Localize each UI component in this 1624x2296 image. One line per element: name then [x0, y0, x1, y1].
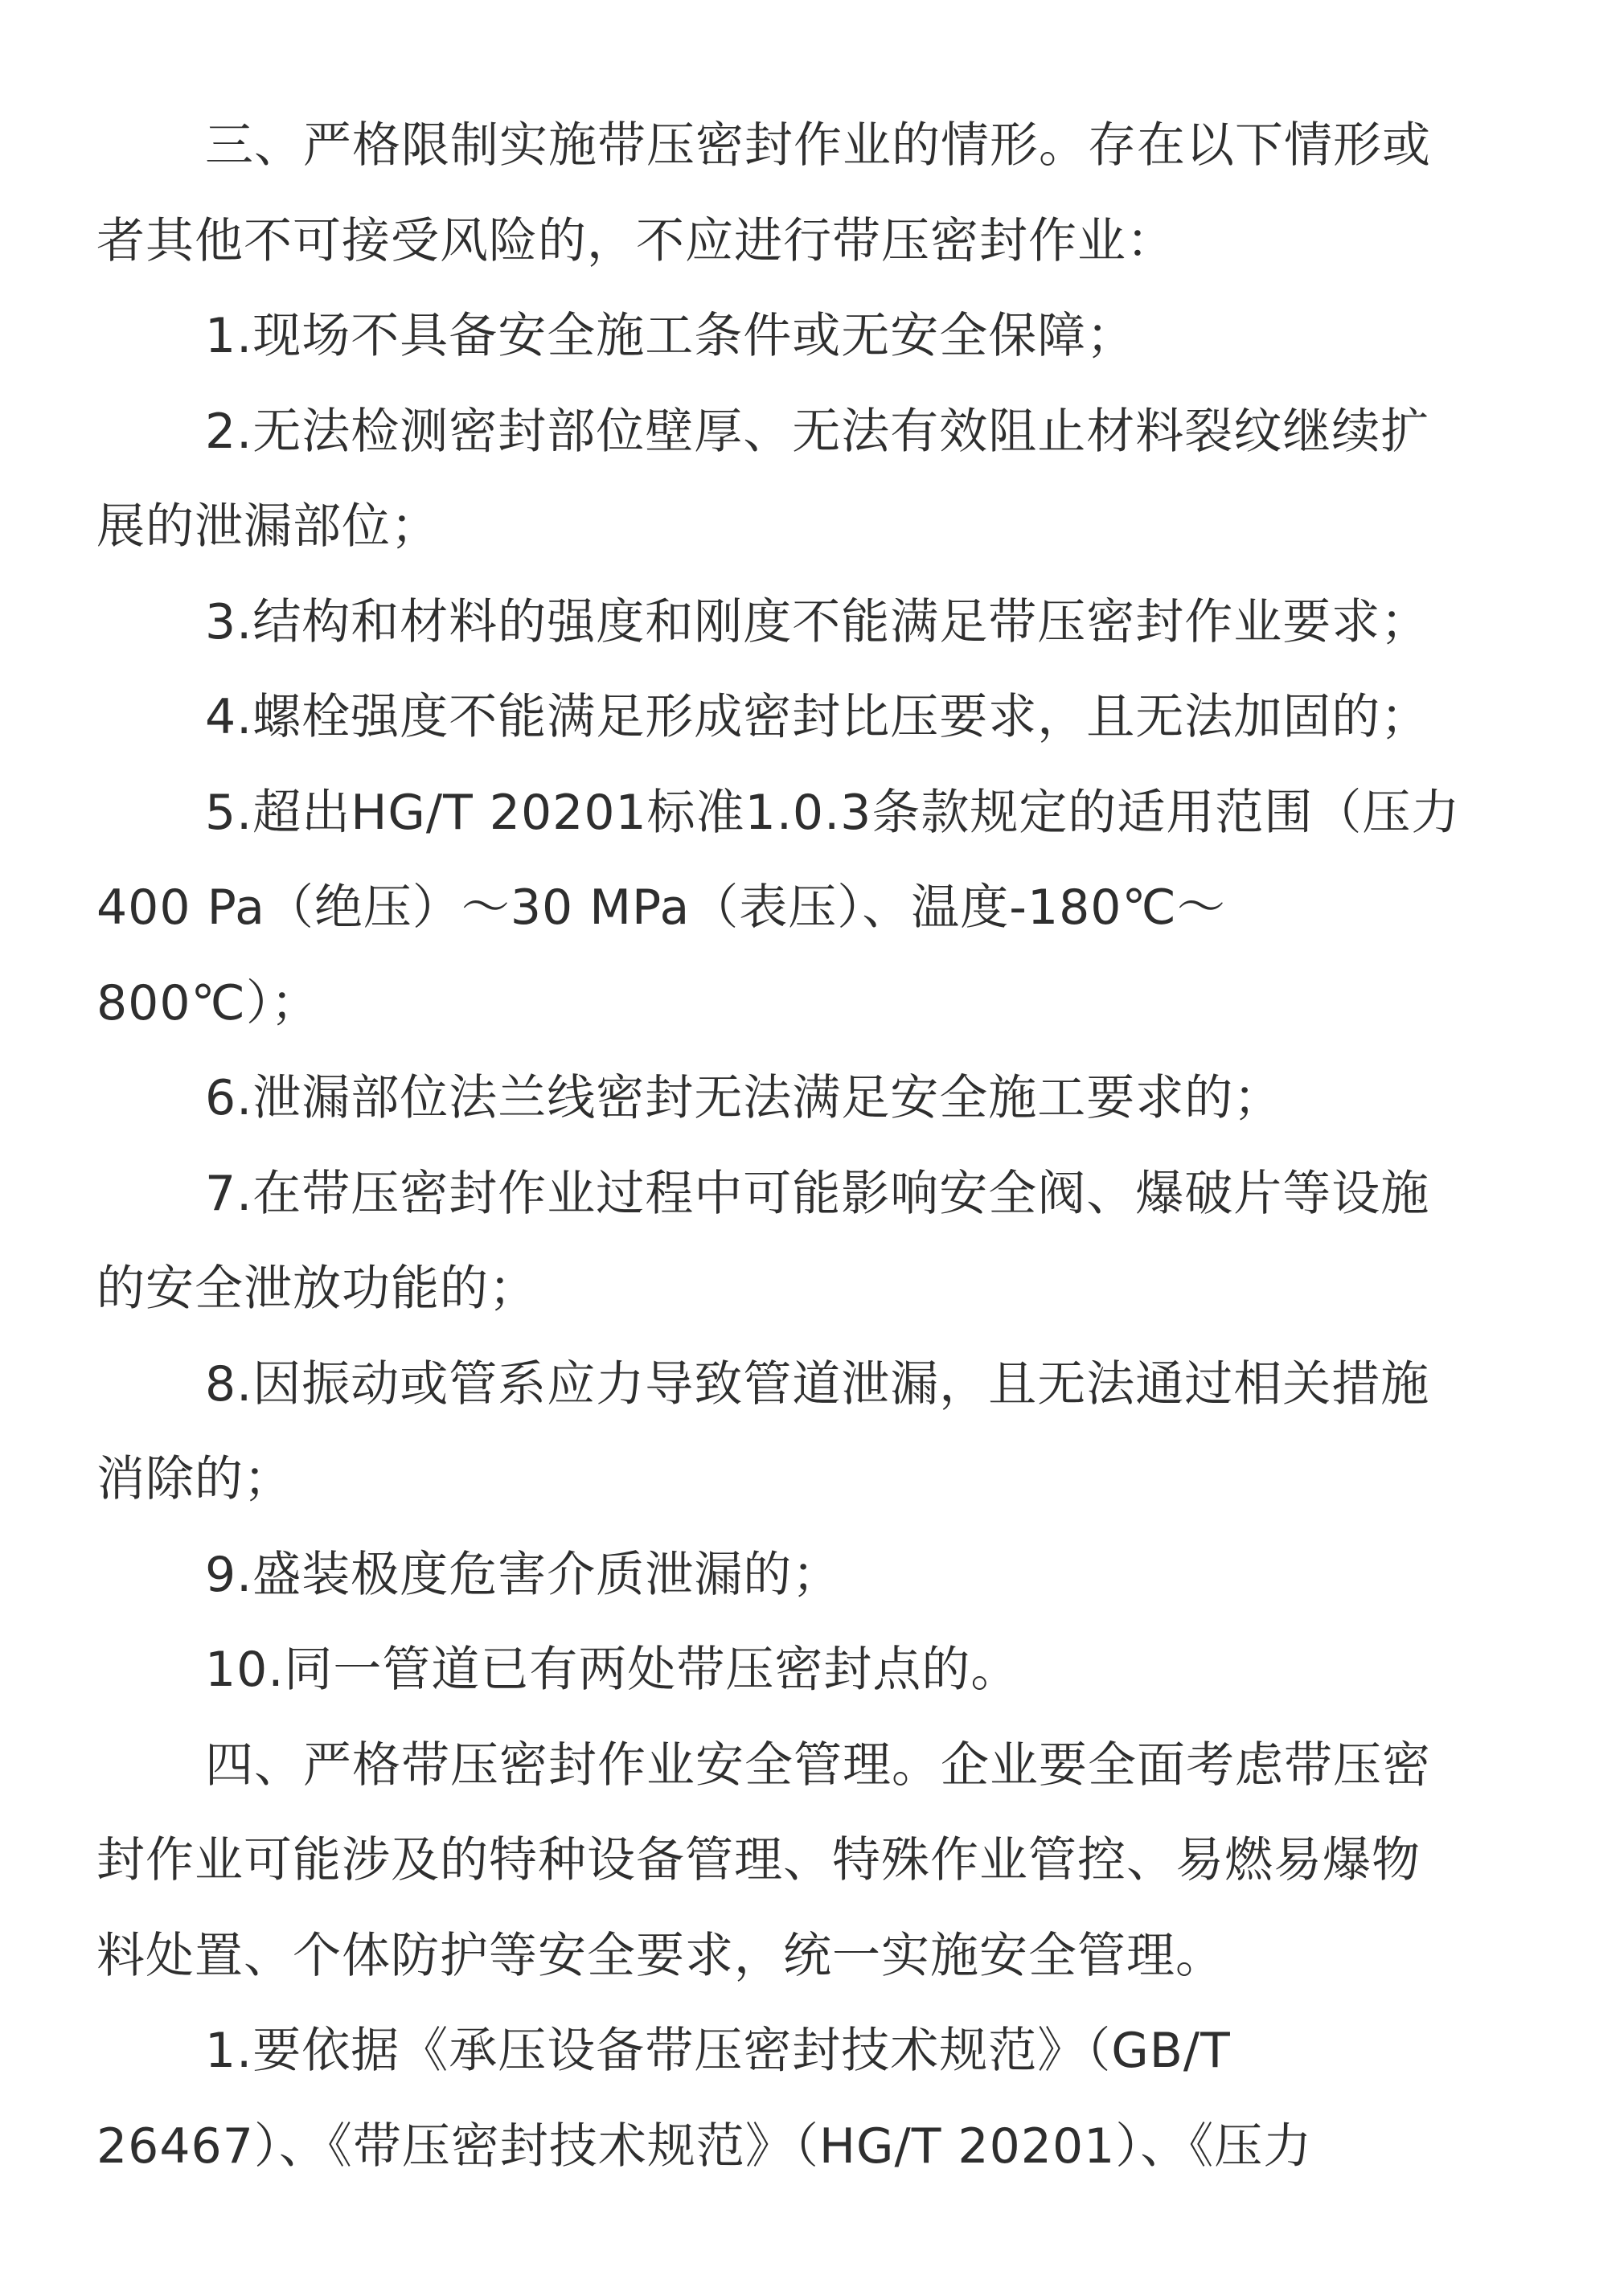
- text-line: 8.因振动或管系应力导致管道泄漏，且无法通过相关措施: [96, 1337, 1536, 1433]
- text-line: 800℃）；: [96, 956, 1536, 1052]
- text-line: 4.螺栓强度不能满足形成密封比压要求，且无法加固的；: [96, 670, 1536, 765]
- text-line: 1.现场不具备安全施工条件或无安全保障；: [96, 289, 1536, 384]
- text-line: 1.要依据《承压设备带压密封技术规范》（GB/T: [96, 2003, 1536, 2099]
- text-line: 400 Pa（绝压）～30 MPa（表压）、温度-180℃～: [96, 860, 1536, 956]
- text-line: 者其他不可接受风险的，不应进行带压密封作业：: [96, 194, 1536, 289]
- text-line: 6.泄漏部位法兰线密封无法满足安全施工要求的；: [96, 1051, 1536, 1146]
- text-line: 料处置、个体防护等安全要求，统一实施安全管理。: [96, 1909, 1536, 2004]
- text-line: 7.在带压密封作业过程中可能影响安全阀、爆破片等设施: [96, 1146, 1536, 1242]
- text-line: 9.盛装极度危害介质泄漏的；: [96, 1527, 1536, 1623]
- text-line: 展的泄漏部位；: [96, 479, 1536, 575]
- text-line: 5.超出HG/T 20201标准1.0.3条款规定的适用范围（压力: [96, 765, 1536, 861]
- text-line: 的安全泄放功能的；: [96, 1241, 1536, 1337]
- text-line: 三、严格限制实施带压密封作业的情形。存在以下情形或: [96, 98, 1536, 194]
- text-line: 2.无法检测密封部位壁厚、无法有效阻止材料裂纹继续扩: [96, 384, 1536, 480]
- text-line: 10.同一管道已有两处带压密封点的。: [96, 1622, 1536, 1718]
- text-line: 封作业可能涉及的特种设备管理、特殊作业管控、易燃易爆物: [96, 1813, 1536, 1909]
- text-line: 四、严格带压密封作业安全管理。企业要全面考虑带压密: [96, 1718, 1536, 1814]
- text-line: 26467）、《带压密封技术规范》（HG/T 20201）、《压力: [96, 2099, 1536, 2195]
- document-page: 三、严格限制实施带压密封作业的情形。存在以下情形或 者其他不可接受风险的，不应进…: [96, 98, 1536, 2194]
- text-line: 3.结构和材料的强度和刚度不能满足带压密封作业要求；: [96, 575, 1536, 670]
- text-line: 消除的；: [96, 1432, 1536, 1527]
